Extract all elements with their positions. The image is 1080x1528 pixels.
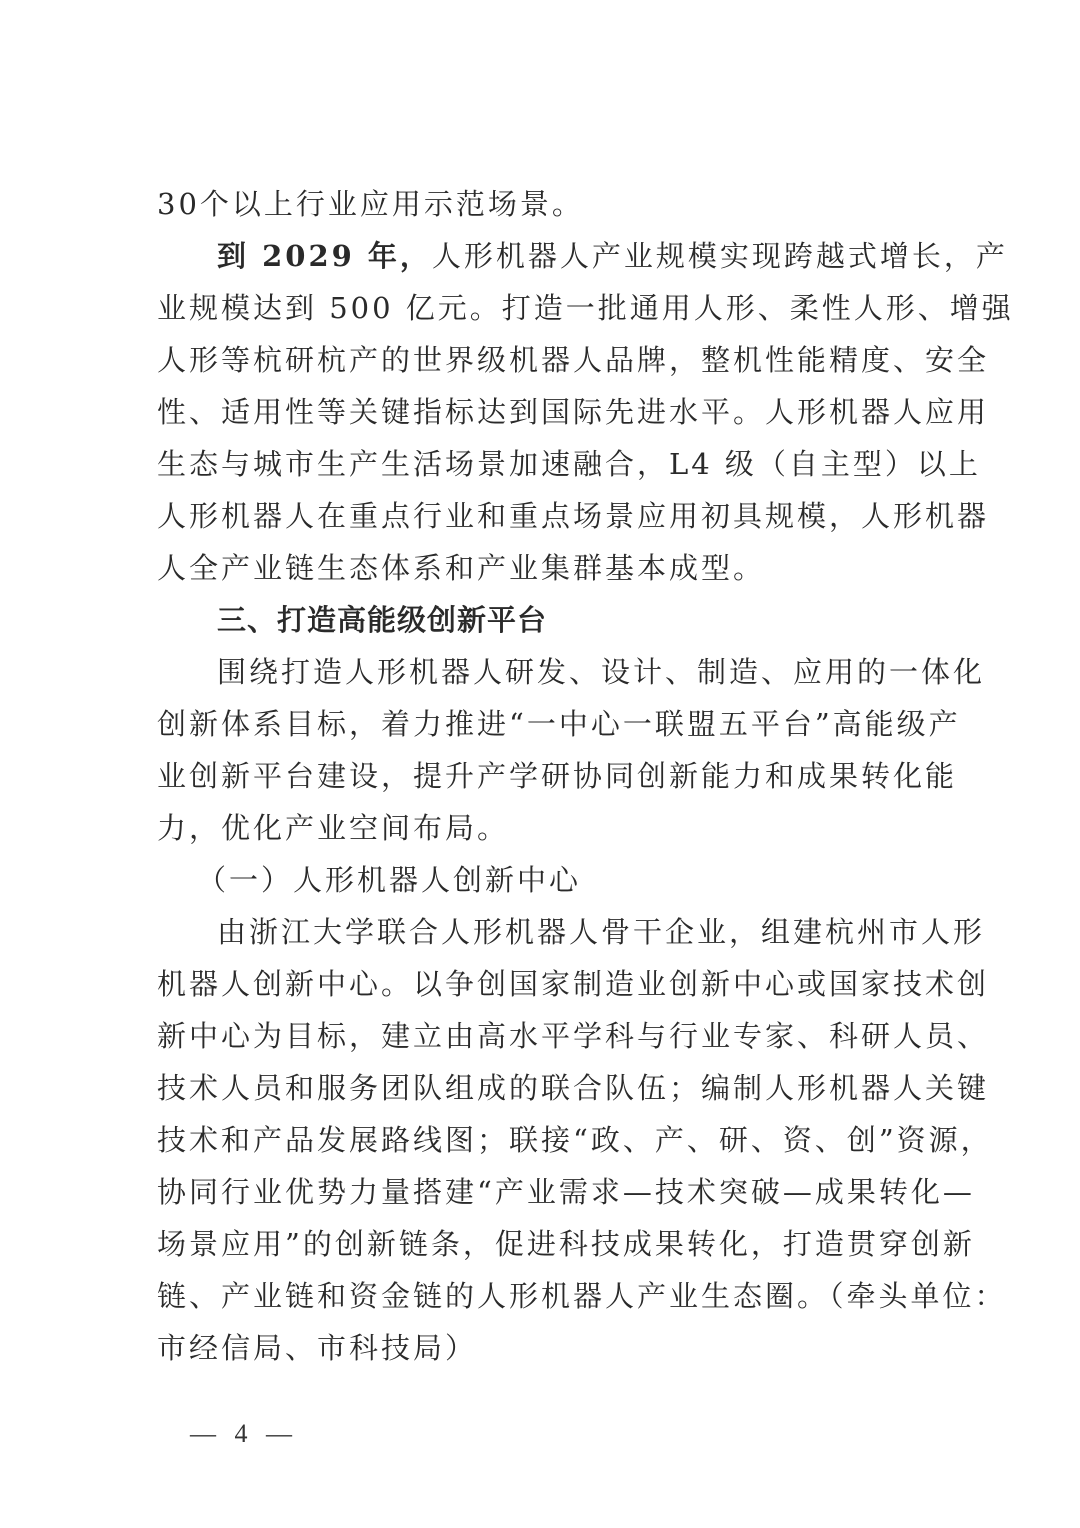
text-line: 机器人创新中心。以争创国家制造业创新中心或国家技术创: [157, 958, 923, 1010]
text-line: 市经信局、市科技局）: [157, 1322, 477, 1374]
text-line: 性、适用性等关键指标达到国际先进水平。人形机器人应用: [157, 386, 923, 438]
text-line: 链、产业链和资金链的人形机器人产业生态圈。（牵头单位：: [157, 1270, 923, 1322]
text-line: 人形机器人在重点行业和重点场景应用初具规模，人形机器: [157, 490, 923, 542]
text-line: 场景应用”的创新链条，促进科技成果转化，打造贯穿创新: [157, 1218, 923, 1270]
text-line: 人形等杭研杭产的世界级机器人品牌，整机性能精度、安全: [157, 334, 923, 386]
section-heading: 三、打造高能级创新平台: [157, 594, 547, 646]
text-line: 业规模达到 500 亿元。打造一批通用人形、柔性人形、增强: [157, 282, 923, 334]
bold-year-prefix: 到 2029 年，: [217, 239, 432, 273]
page-number: — 4 —: [190, 1414, 298, 1454]
text-line: 技术人员和服务团队组成的联合队伍；编制人形机器人关键: [157, 1062, 923, 1114]
text-line: 创新体系目标，着力推进“一中心一联盟五平台”高能级产: [157, 698, 923, 750]
paragraph-2029-goal: 到 2029 年，人形机器人产业规模实现跨越式增长，产: [157, 230, 923, 282]
text-line: 协同行业优势力量搭建“产业需求—技术突破—成果转化—: [157, 1166, 923, 1218]
text-line: 人形机器人产业规模实现跨越式增长，产: [432, 239, 1008, 273]
text-line: 新中心为目标，建立由高水平学科与行业专家、科研人员、: [157, 1010, 923, 1062]
subsection-heading: （一）人形机器人创新中心: [157, 854, 581, 906]
text-line: 生态与城市生产生活场景加速融合，L4 级（自主型）以上: [157, 438, 923, 490]
text-line: 业创新平台建设，提升产学研协同创新能力和成果转化能: [157, 750, 923, 802]
text-line: 技术和产品发展路线图；联接“政、产、研、资、创”资源，: [157, 1114, 923, 1166]
text-line: 围绕打造人形机器人研发、设计、制造、应用的一体化: [157, 646, 923, 698]
text-line: 人全产业链生态体系和产业集群基本成型。: [157, 542, 765, 594]
text-line: 力，优化产业空间布局。: [157, 802, 509, 854]
text-line: 30个以上行业应用示范场景。: [157, 178, 584, 230]
text-line: 由浙江大学联合人形机器人骨干企业，组建杭州市人形: [157, 906, 923, 958]
